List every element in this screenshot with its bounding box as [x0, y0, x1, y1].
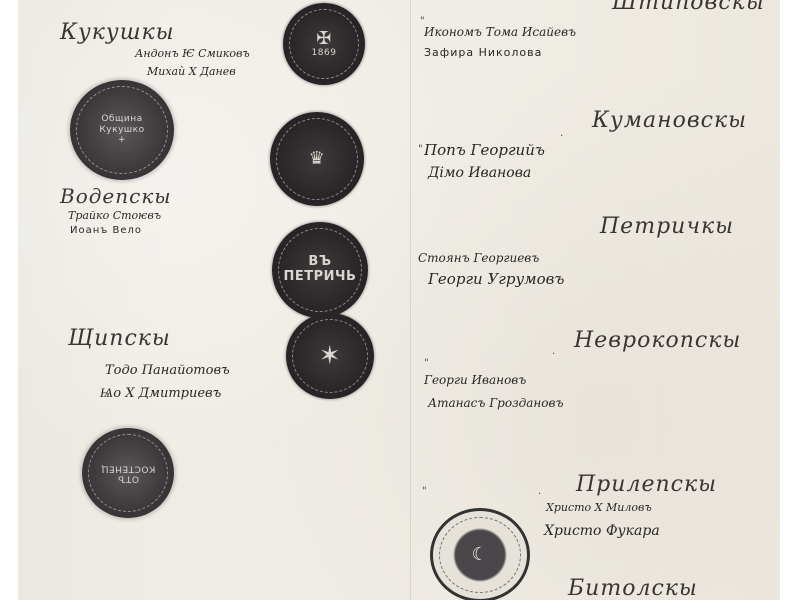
- entry-heading-voden: Водепскы: [60, 186, 172, 206]
- entry-heading-petrich: Петричкы: [600, 216, 734, 238]
- entry-name: Георги Ивановъ: [424, 374, 526, 386]
- document-page: Кукушкы Андонъ Ѥ Смиковъ Михаѝ Х Данев В…: [0, 0, 800, 600]
- entry-name: Дімо Иванова: [428, 166, 531, 180]
- entry-name: Андонъ Ѥ Смиковъ: [135, 48, 250, 59]
- entry-name: Трайко Стоѥвъ: [68, 210, 161, 221]
- entry-name: Тодо Панайотовъ: [105, 364, 230, 377]
- entry-name: Стоянъ Георгиевъ: [418, 252, 539, 264]
- entry-name: Иоанъ Вело: [70, 226, 142, 236]
- seal-center-3: ВЪ ПЕТРИЧЬ: [272, 222, 368, 318]
- seal-top-center: ✠ 1869: [283, 3, 365, 85]
- seal-center-4: ✶: [286, 313, 374, 399]
- dot-mark: .: [552, 346, 555, 357]
- dot-mark: .: [538, 486, 541, 497]
- entry-name: Христо Х Миловъ: [546, 502, 652, 513]
- crescent-icon: ☾: [472, 546, 489, 564]
- entry-heading-prilep: Прилепскы: [576, 474, 717, 496]
- ditto-mark: ": [418, 144, 423, 155]
- seal-text: Кукушко: [99, 125, 144, 135]
- entry-name: Попъ Георгийъ: [424, 143, 545, 158]
- entry-heading-nevrokop: Неврокопскы: [574, 330, 741, 352]
- crown-icon: ♛: [309, 150, 326, 168]
- ditto-mark: ": [424, 358, 429, 369]
- entry-name: Атанасъ Гроздановъ: [428, 397, 563, 409]
- entry-name: Ѩо Х Дмитриевъ: [100, 387, 221, 400]
- dot-mark: .: [560, 128, 563, 139]
- entry-name: Георги Угрумовъ: [428, 272, 564, 287]
- entry-name: Христо Фукара: [544, 524, 660, 538]
- entry-name: Михаѝ Х Данев: [147, 66, 236, 77]
- ditto-mark: ": [422, 486, 427, 497]
- starburst-icon: ✶: [319, 343, 341, 369]
- seal-text: ВЪ: [284, 255, 357, 270]
- seal-text: КОСТЕНЕЦ: [101, 463, 155, 473]
- seal-bottom-center: ☾: [430, 508, 530, 600]
- entry-heading-kumanovo: Кумановскы: [592, 110, 747, 132]
- seal-left-2: ОТЪ КОСТЕНЕЦ: [82, 428, 174, 518]
- cross-icon: ✠: [312, 30, 337, 48]
- fold-line: [410, 0, 411, 600]
- entry-heading-shtip: Щипскы: [68, 328, 171, 350]
- entry-name: Зафира Николова: [424, 47, 542, 58]
- entry-heading-kukush: Кукушкы: [60, 22, 175, 44]
- seal-text: ОТЪ: [101, 473, 155, 483]
- entry-name: Икономъ Тома Исайевъ: [424, 26, 576, 38]
- seal-text: Община: [99, 114, 144, 124]
- entry-heading-shtipovsky: Штиповскы: [612, 0, 765, 14]
- seal-left-1: Община Кукушко +: [70, 80, 174, 180]
- seal-text: +: [99, 135, 144, 145]
- entry-heading-bitola: Битолскы: [568, 578, 698, 600]
- seal-center-2: ♛: [270, 112, 364, 206]
- seal-text: ПЕТРИЧЬ: [284, 270, 357, 285]
- seal-year: 1869: [312, 48, 337, 58]
